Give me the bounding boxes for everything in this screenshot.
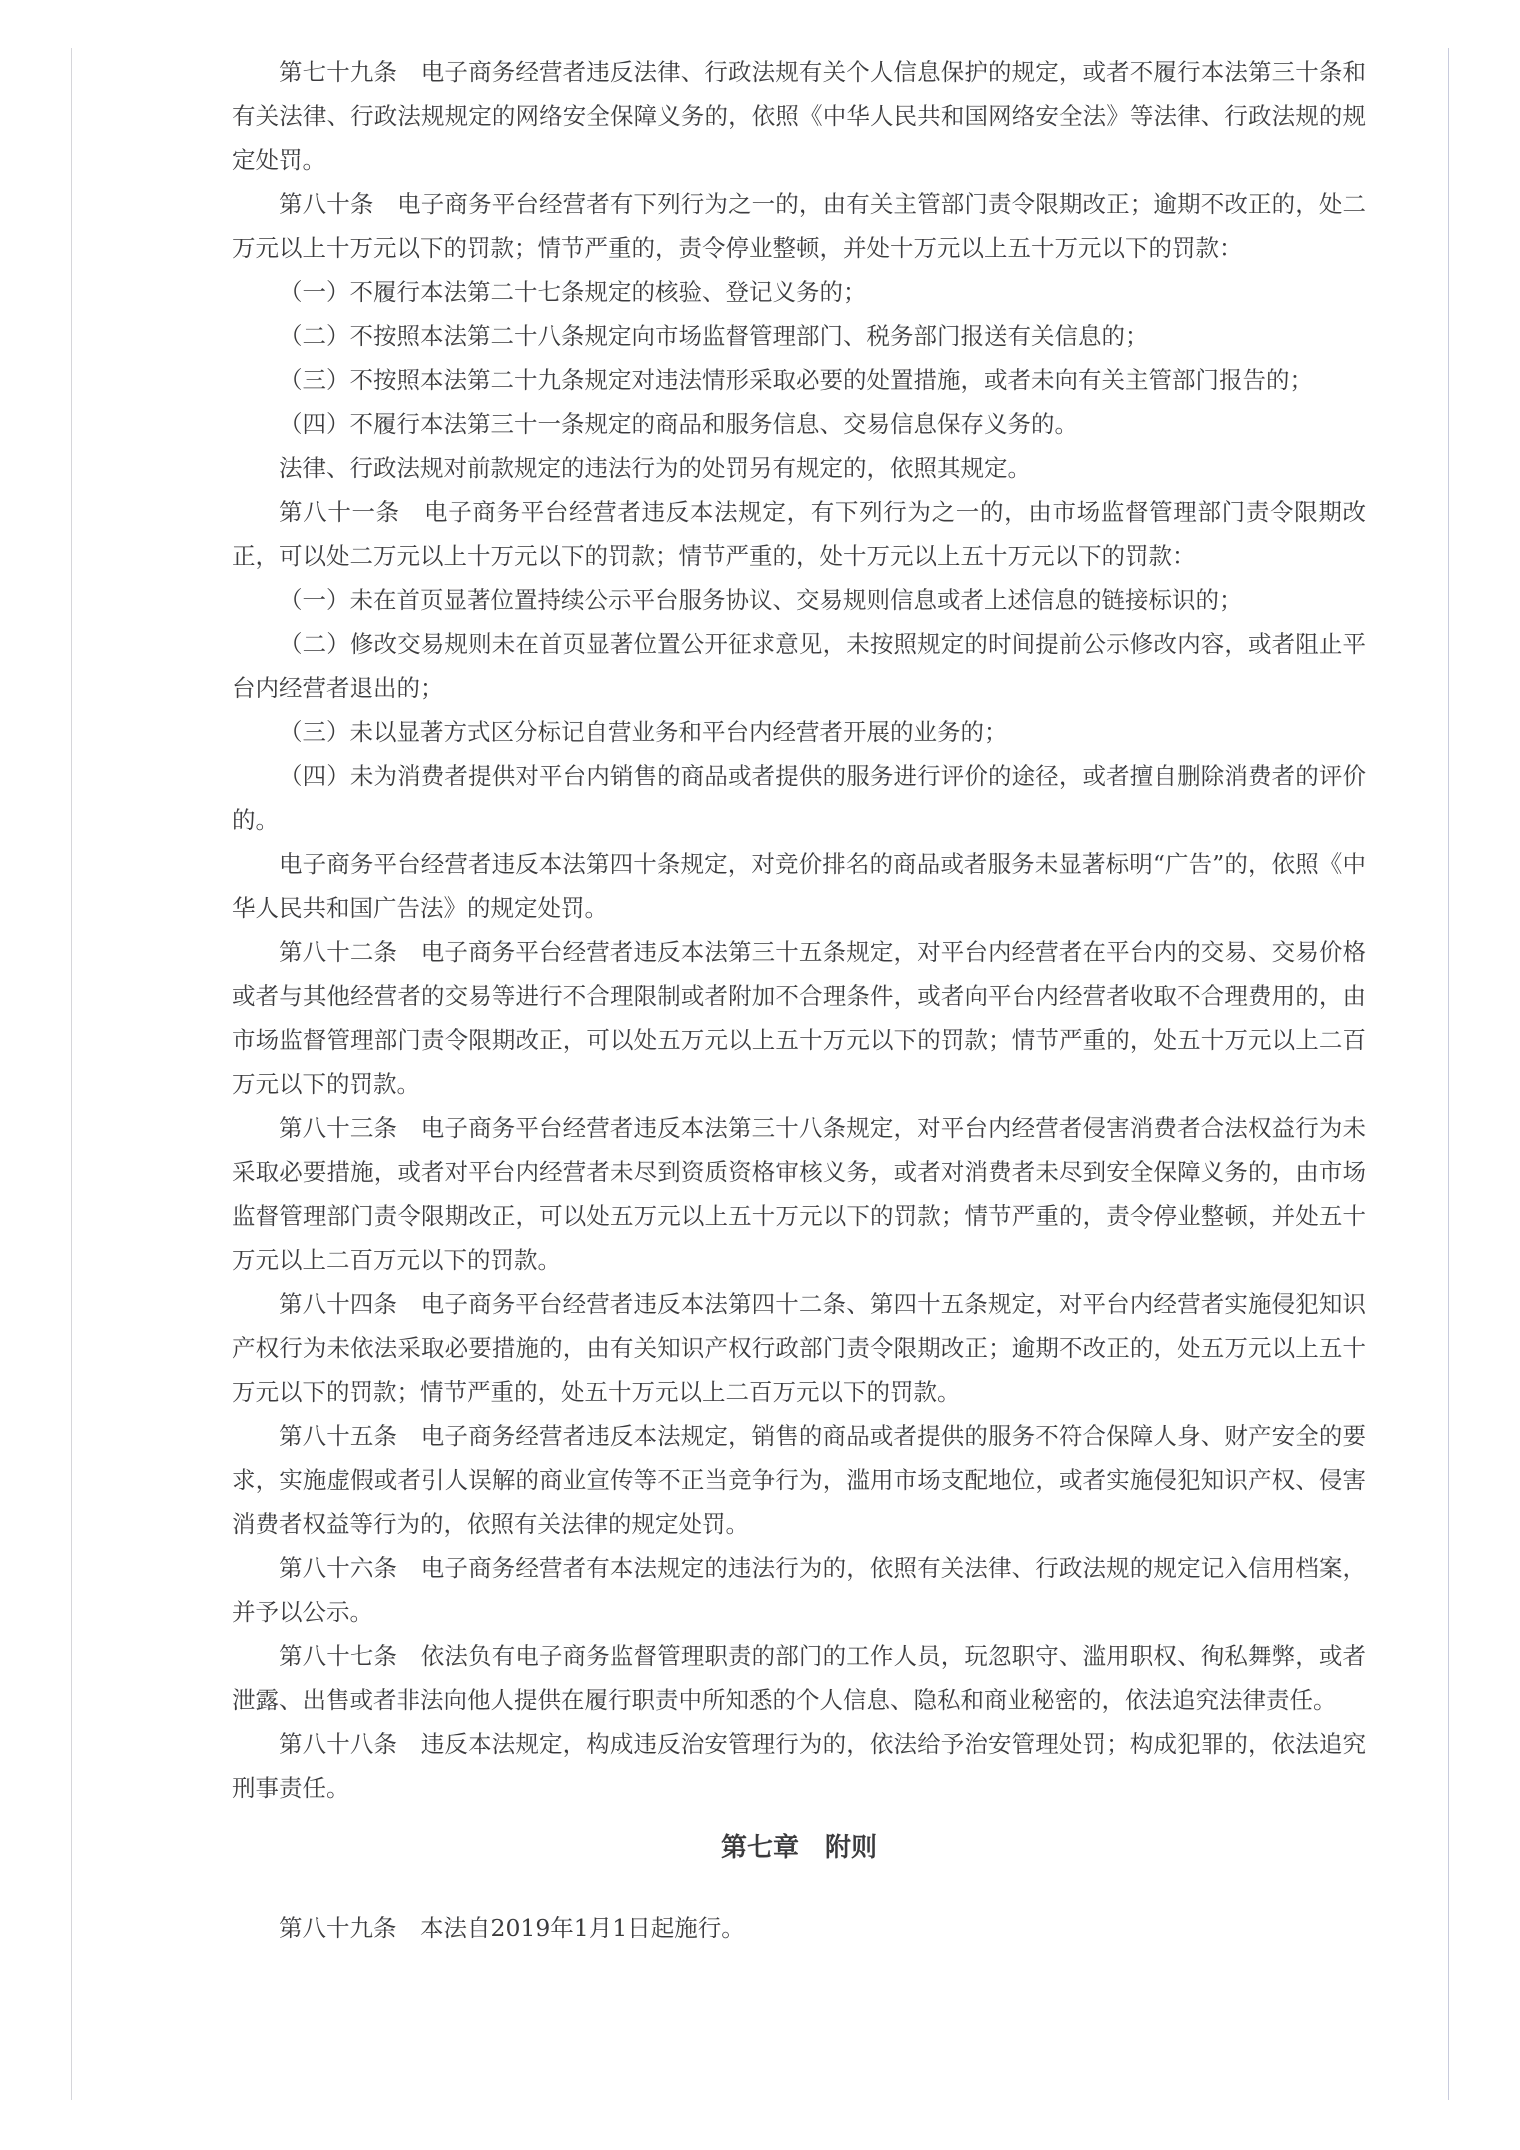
article-paragraph: 第八十八条 违反本法规定，构成违反治安管理行为的，依法给予治安管理处罚；构成犯罪… [232, 1722, 1366, 1810]
article-paragraph: 第八十六条 电子商务经营者有本法规定的违法行为的，依照有关法律、行政法规的规定记… [232, 1546, 1366, 1634]
list-item-paragraph: （二）不按照本法第二十八条规定向市场监督管理部门、税务部门报送有关信息的； [232, 314, 1366, 358]
article-paragraph: 第八十三条 电子商务平台经营者违反本法第三十八条规定，对平台内经营者侵害消费者合… [232, 1106, 1366, 1282]
list-item-paragraph: （三）不按照本法第二十九条规定对违法情形采取必要的处置措施，或者未向有关主管部门… [232, 358, 1366, 402]
page-border-left [71, 48, 72, 2100]
article-paragraph: 第八十七条 依法负有电子商务监督管理职责的部门的工作人员，玩忽职守、滥用职权、徇… [232, 1634, 1366, 1722]
list-item-paragraph: （二）修改交易规则未在首页显著位置公开征求意见，未按照规定的时间提前公示修改内容… [232, 622, 1366, 710]
list-item-paragraph: （四）不履行本法第三十一条规定的商品和服务信息、交易信息保存义务的。 [232, 402, 1366, 446]
body-paragraph: 法律、行政法规对前款规定的违法行为的处罚另有规定的，依照其规定。 [232, 446, 1366, 490]
body-paragraph: 电子商务平台经营者违反本法第四十条规定，对竞价排名的商品或者服务未显著标明“广告… [232, 842, 1366, 930]
article-paragraph: 第八十五条 电子商务经营者违反本法规定，销售的商品或者提供的服务不符合保障人身、… [232, 1414, 1366, 1546]
article-paragraph: 第八十条 电子商务平台经营者有下列行为之一的，由有关主管部门责令限期改正；逾期不… [232, 182, 1366, 270]
chapter-heading: 第七章 附则 [232, 1826, 1366, 1870]
article-paragraph: 第八十二条 电子商务平台经营者违反本法第三十五条规定，对平台内经营者在平台内的交… [232, 930, 1366, 1106]
list-item-paragraph: （一）不履行本法第二十七条规定的核验、登记义务的； [232, 270, 1366, 314]
document-page: 第七十九条 电子商务经营者违反法律、行政法规有关个人信息保护的规定，或者不履行本… [232, 0, 1366, 1950]
article-paragraph: 第八十一条 电子商务平台经营者违反本法规定，有下列行为之一的，由市场监督管理部门… [232, 490, 1366, 578]
article-paragraph: 第八十四条 电子商务平台经营者违反本法第四十二条、第四十五条规定，对平台内经营者… [232, 1282, 1366, 1414]
page-border-right [1448, 48, 1449, 2100]
article-paragraph: 第八十九条 本法自2019年1月1日起施行。 [232, 1906, 1366, 1950]
list-item-paragraph: （三）未以显著方式区分标记自营业务和平台内经营者开展的业务的； [232, 710, 1366, 754]
list-item-paragraph: （一）未在首页显著位置持续公示平台服务协议、交易规则信息或者上述信息的链接标识的… [232, 578, 1366, 622]
list-item-paragraph: （四）未为消费者提供对平台内销售的商品或者提供的服务进行评价的途径，或者擅自删除… [232, 754, 1366, 842]
article-paragraph: 第七十九条 电子商务经营者违反法律、行政法规有关个人信息保护的规定，或者不履行本… [232, 50, 1366, 182]
